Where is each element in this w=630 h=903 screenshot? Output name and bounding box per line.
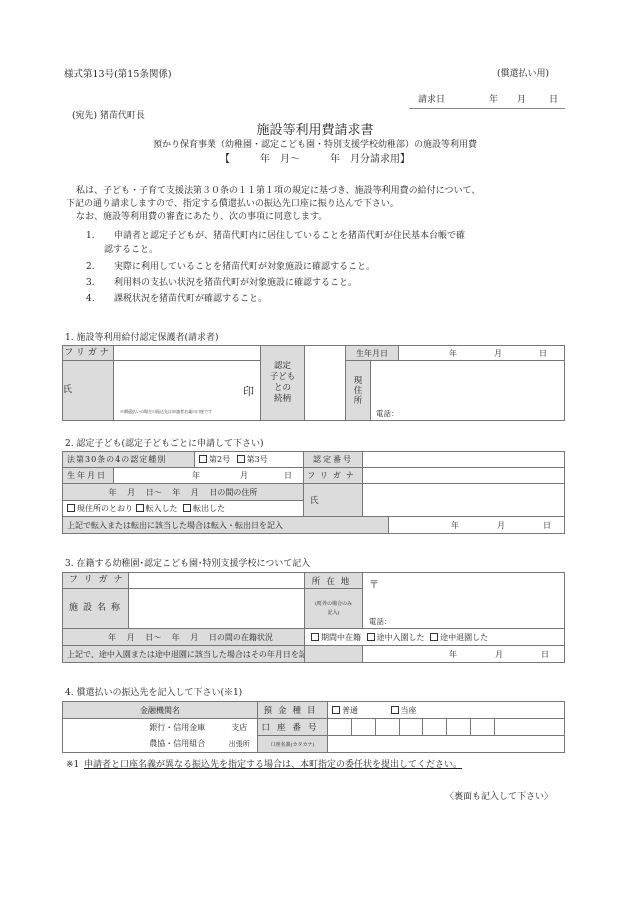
guardian-name-label: 氏 名 [63, 361, 114, 421]
deposit-type-options: 普通 当座 [328, 702, 565, 719]
mid-enroll-date-field[interactable]: 年月日 [363, 646, 565, 663]
account-digit-1[interactable] [328, 719, 352, 736]
full-period-checkbox[interactable] [311, 633, 319, 641]
facility-phone-label: 電話： [369, 618, 392, 626]
addressee: (宛先) 猪苗代町長 [72, 112, 145, 121]
location-note: (町外の場合のみ記入) [305, 589, 363, 629]
guardian-birthdate-field[interactable]: 年月日 [399, 346, 565, 361]
moved-out-checkbox[interactable] [183, 504, 191, 512]
request-date-label: 請求日 [418, 96, 445, 105]
request-date-underline [409, 108, 565, 109]
consent-item-text: 実際に利用していることを猪苗代町が対象施設に確認すること。 [114, 263, 375, 272]
request-month: 月 [517, 96, 526, 105]
mid-join-checkbox[interactable] [367, 633, 375, 641]
child-furigana-label: フリガナ [304, 468, 363, 484]
child-birthdate-label: 生年月日 [63, 468, 114, 484]
office-label: 出張所 [222, 736, 258, 753]
enrollment-period-label: 年 月 日～ 年 月 日の間の在籍状況 [63, 629, 305, 646]
guardian-name-field[interactable]: 印 ※償還払いの場合の振込先は申請者名義の口座です [114, 361, 261, 421]
account-digit-7[interactable] [471, 719, 495, 736]
request-day: 日 [549, 96, 558, 105]
ordinary-checkbox[interactable] [332, 706, 340, 714]
document-subtitle: 預かり保育事業（幼稚園・認定こども園・特別支援学校幼稚部）の施設等利用費 [0, 141, 630, 150]
cert-type-label: 法第30条の4の認定種別 [63, 452, 195, 468]
child-furigana-field[interactable] [363, 468, 565, 484]
section2-heading: 2. 認定子ども(認定子どもごとに申請して下さい) [65, 440, 263, 449]
current-account-checkbox[interactable] [391, 706, 399, 714]
account-digit-6[interactable] [447, 719, 471, 736]
move-date-field[interactable]: 年月日 [389, 517, 565, 534]
consent-item-continuation: 認すること。 [104, 246, 158, 255]
account-holder-field[interactable] [328, 736, 565, 753]
document-title: 施設等利用費請求書 [0, 124, 630, 137]
facility-name-field[interactable] [129, 589, 305, 629]
bank-name-label: 金融機関名 [63, 702, 258, 719]
cert-type-options: 第2号 第3号 [195, 452, 304, 468]
relation-label: 認定子どもとの続柄 [261, 346, 305, 421]
moved-in-checkbox[interactable] [136, 504, 144, 512]
guardian-name-note: ※償還払いの場合の振込先は申請者名義の口座です [120, 409, 212, 415]
guardian-table: フリガナ 認定子どもとの続柄 生年月日 年月日 氏 名 印 ※償還払いの場合の振… [62, 345, 565, 421]
facility-furigana-field[interactable] [129, 573, 305, 589]
move-date-label: 上記で転入または転出に該当した場合は転入・転出日を記入 [63, 517, 389, 534]
consent-item-number: 1. [86, 232, 95, 241]
cert-type-2-checkbox[interactable] [199, 455, 207, 463]
child-table: 法第30条の4の認定種別 第2号 第3号 認定番号 生年月日 年月日 フリガナ … [62, 451, 565, 534]
section4-heading: 4. 償還払いの振込先を記入して下さい(※1) [65, 689, 242, 698]
consent-paragraph-1a: 私は、子ども・子育て支援法第３０条の１１第１項の規定に基づき、施設等利用費の給付… [76, 187, 480, 196]
consent-paragraph-1b: 下記の通り請求しますので、指定する償還払いの振込先口座に振り込んで下さい。 [66, 200, 399, 209]
child-name-field[interactable] [363, 484, 565, 517]
current-address-checkbox[interactable] [67, 504, 75, 512]
facility-table: フリガナ 所在地 〒 電話： 施設名称 (町外の場合のみ記入) 年 月 日～ 年… [62, 572, 565, 663]
form-number: 様式第13号(第15条関係) [64, 70, 172, 80]
form-type: (償還払い用) [497, 70, 549, 79]
relation-field[interactable] [305, 346, 346, 421]
enrollment-status-options: 期間中在籍 途中入園した 途中退園した [305, 629, 565, 646]
seal-mark: 印 [243, 383, 254, 399]
address-period-label: 年 月 日～ 年 月 日の間の住所 [63, 484, 304, 501]
guardian-furigana-field[interactable] [114, 346, 261, 361]
cert-number-label: 認定番号 [304, 452, 363, 468]
account-holder-label: 口座名義(カタカナ) [258, 736, 328, 753]
account-number-label: 口座番号 [258, 719, 328, 736]
child-birthdate-field[interactable]: 年月日 [114, 468, 304, 484]
consent-item-number: 4. [86, 295, 95, 304]
guardian-furigana-label: フリガナ [63, 346, 114, 361]
branch-label: 支店 [222, 719, 258, 736]
section1-heading: 1. 施設等利用給付認定保護者(請求者) [65, 334, 218, 343]
mid-leave-checkbox[interactable] [430, 633, 438, 641]
facility-name-label: 施設名称 [63, 589, 129, 629]
cert-type-3-checkbox[interactable] [237, 455, 245, 463]
facility-furigana-label: フリガナ [63, 573, 129, 589]
location-field[interactable]: 〒 電話： [363, 573, 565, 629]
deposit-type-label: 預金種目 [258, 702, 328, 719]
account-digit-3[interactable] [376, 719, 400, 736]
address-label: 現住所 [346, 361, 371, 421]
account-digit-5[interactable] [423, 719, 447, 736]
footnote-text: 申請者と口座名義が異なる振込先を指定する場合は、本町指定の委任状を提出してくださ… [84, 761, 462, 770]
mid-enroll-date-label: 上記で、途中入園または途中退園に該当した場合はその年月日を記入 [63, 646, 305, 663]
postal-mark: 〒 [369, 576, 379, 591]
cert-number-field[interactable] [363, 452, 565, 468]
request-year: 年 [489, 96, 498, 105]
child-name-label: 氏 名 [304, 484, 363, 517]
guardian-birthdate-label: 生年月日 [346, 346, 399, 361]
guardian-address-field[interactable]: 電話： [371, 361, 565, 421]
footnote-mark: ※1 [66, 761, 79, 770]
consent-item-text: 申請者と認定子どもが、猪苗代町内に居住していることを猪苗代町が住民基本台帳で確 [114, 232, 465, 241]
bank-type-line2: 農協・信用組合 [63, 736, 222, 753]
consent-item-number: 3. [86, 279, 95, 288]
location-label: 所在地 [305, 573, 363, 589]
consent-item-text: 利用料の支払い状況を猪苗代町が対象施設に確認すること。 [114, 279, 357, 288]
bank-table: 金融機関名 預金種目 普通 当座 銀行・信用金庫 支店 口座番号 農協・信用組合… [62, 701, 565, 753]
section3-heading: 3. 在籍する幼稚園･認定こども園･特別支援学校について記入 [65, 560, 310, 569]
reverse-side-note: 〈裏面も記入して下さい〉 [445, 793, 553, 802]
guardian-phone-label: 電話： [376, 410, 399, 418]
consent-paragraph-2: なお、施設等利用費の審査にあたり、次の事項に同意します。 [76, 213, 327, 222]
claim-period: 【 年 月～ 年 月分請求用】 [0, 155, 630, 165]
consent-item-number: 2. [86, 263, 95, 272]
consent-item-text: 課税状況を猪苗代町が確認すること。 [114, 295, 267, 304]
address-status-options: 現住所のとおり 転入した 転出した [63, 501, 304, 517]
account-digit-2[interactable] [352, 719, 376, 736]
bank-type-line1: 銀行・信用金庫 [63, 719, 222, 736]
account-digit-4[interactable] [400, 719, 423, 736]
